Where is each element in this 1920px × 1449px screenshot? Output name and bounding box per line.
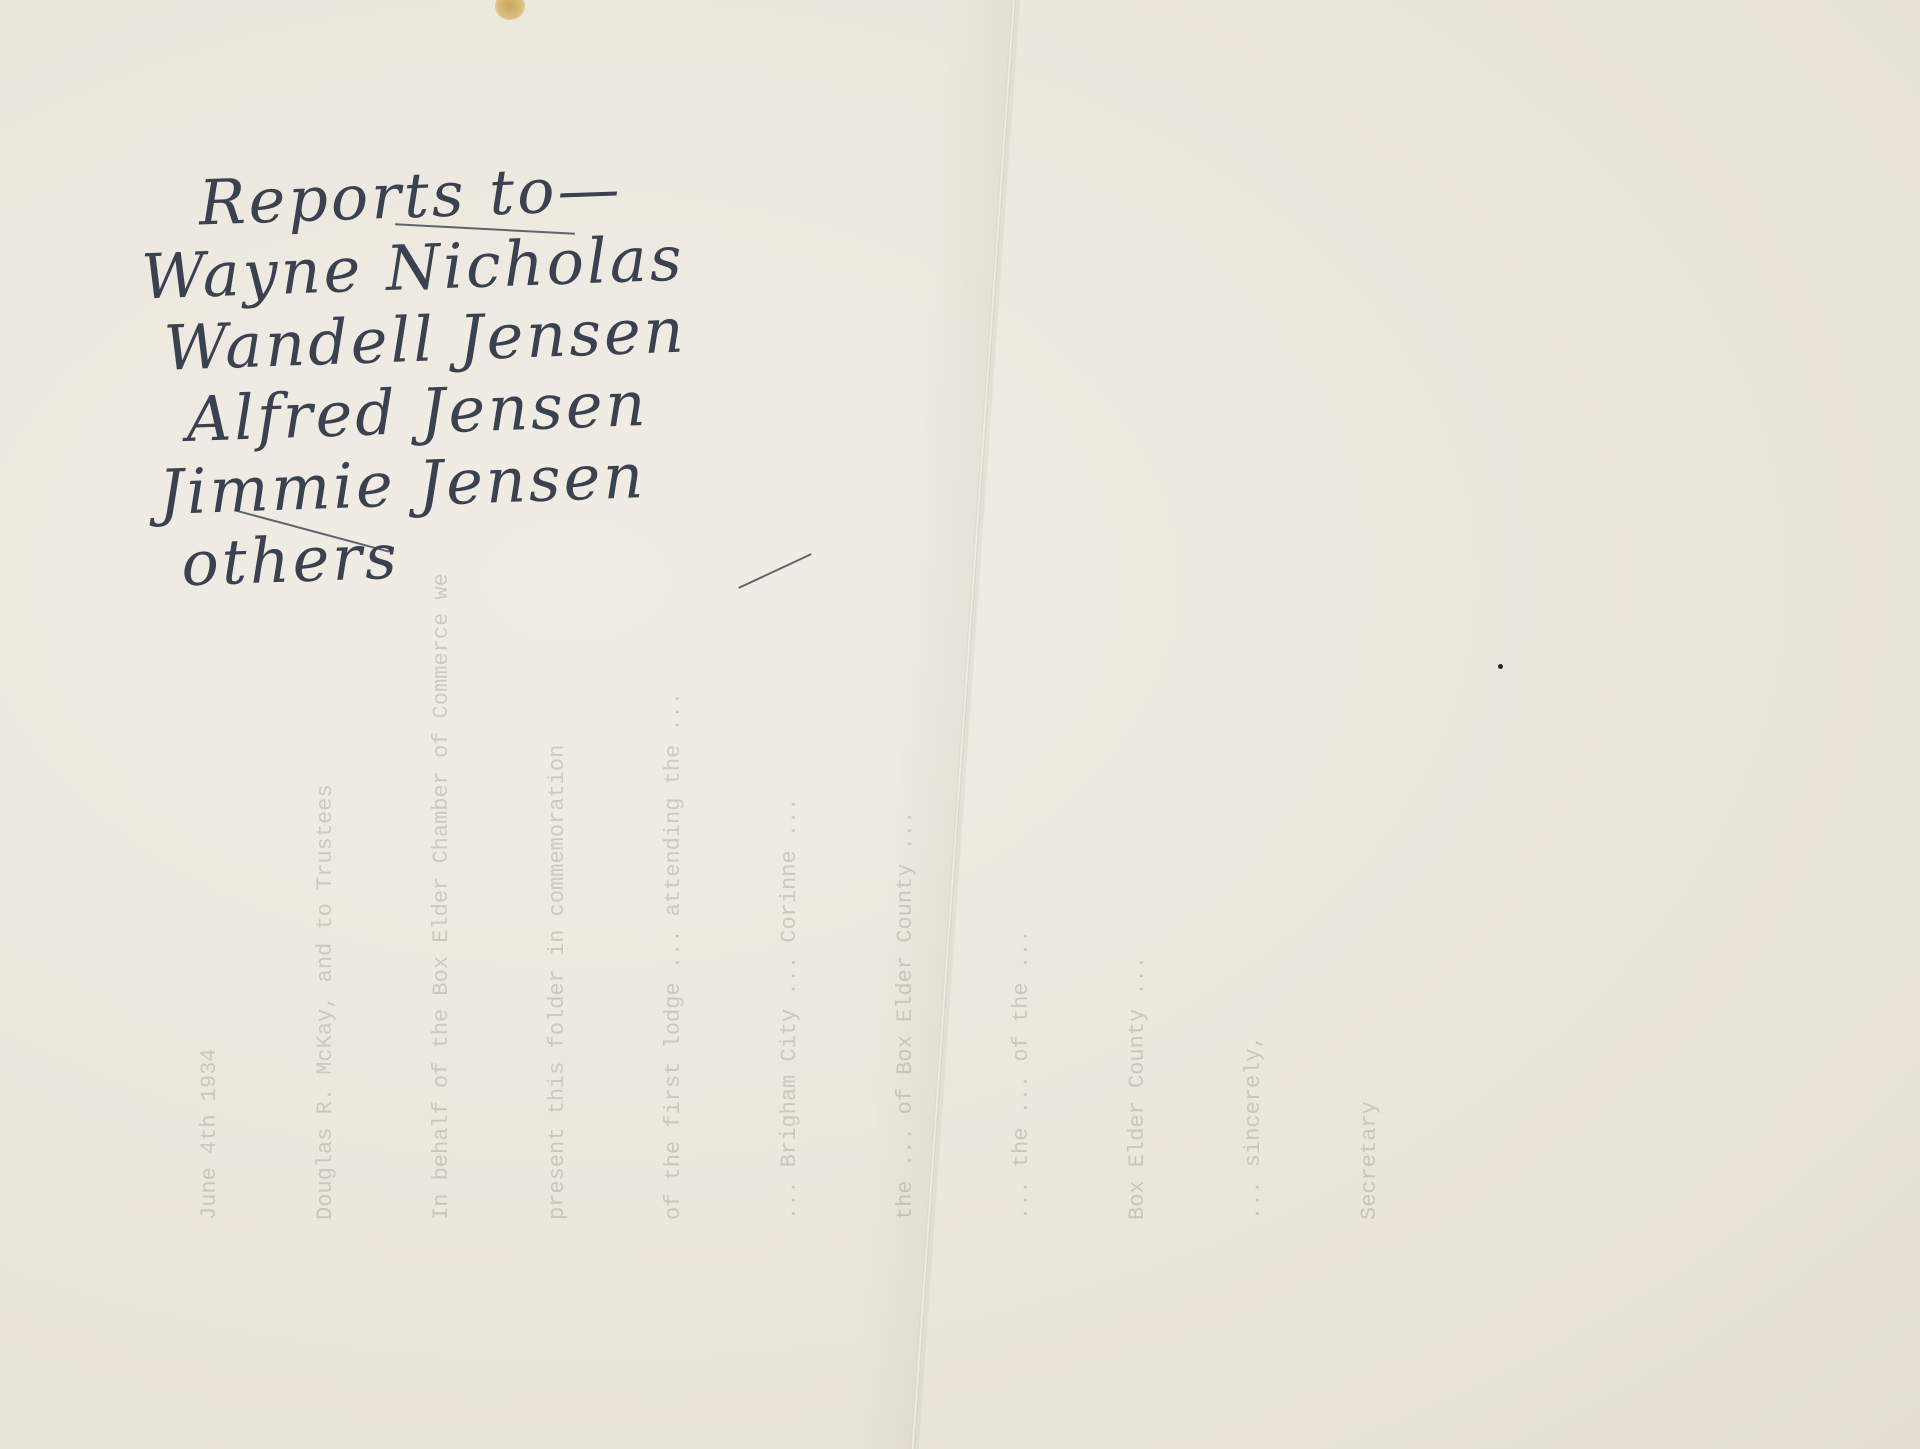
showthrough-line: the ... of Box Elder County ... [888,120,924,1220]
showthrough-line: ... Brigham City ... Corinne ... [772,120,808,1220]
showthrough-line: ... sincerely, [1236,120,1272,1220]
showthrough-line: ... the ... of the ... [1004,120,1040,1220]
showthrough-line: Box Elder County ... [1120,120,1156,1220]
stain-mark [495,0,525,20]
paper-sheet: June 4th 1934 Douglas R. McKay, and to T… [0,0,1920,1449]
handwritten-note: Reports to— Wayne Nicholas Wandell Jense… [138,151,696,602]
showthrough-line: Secretary [1352,120,1388,1220]
